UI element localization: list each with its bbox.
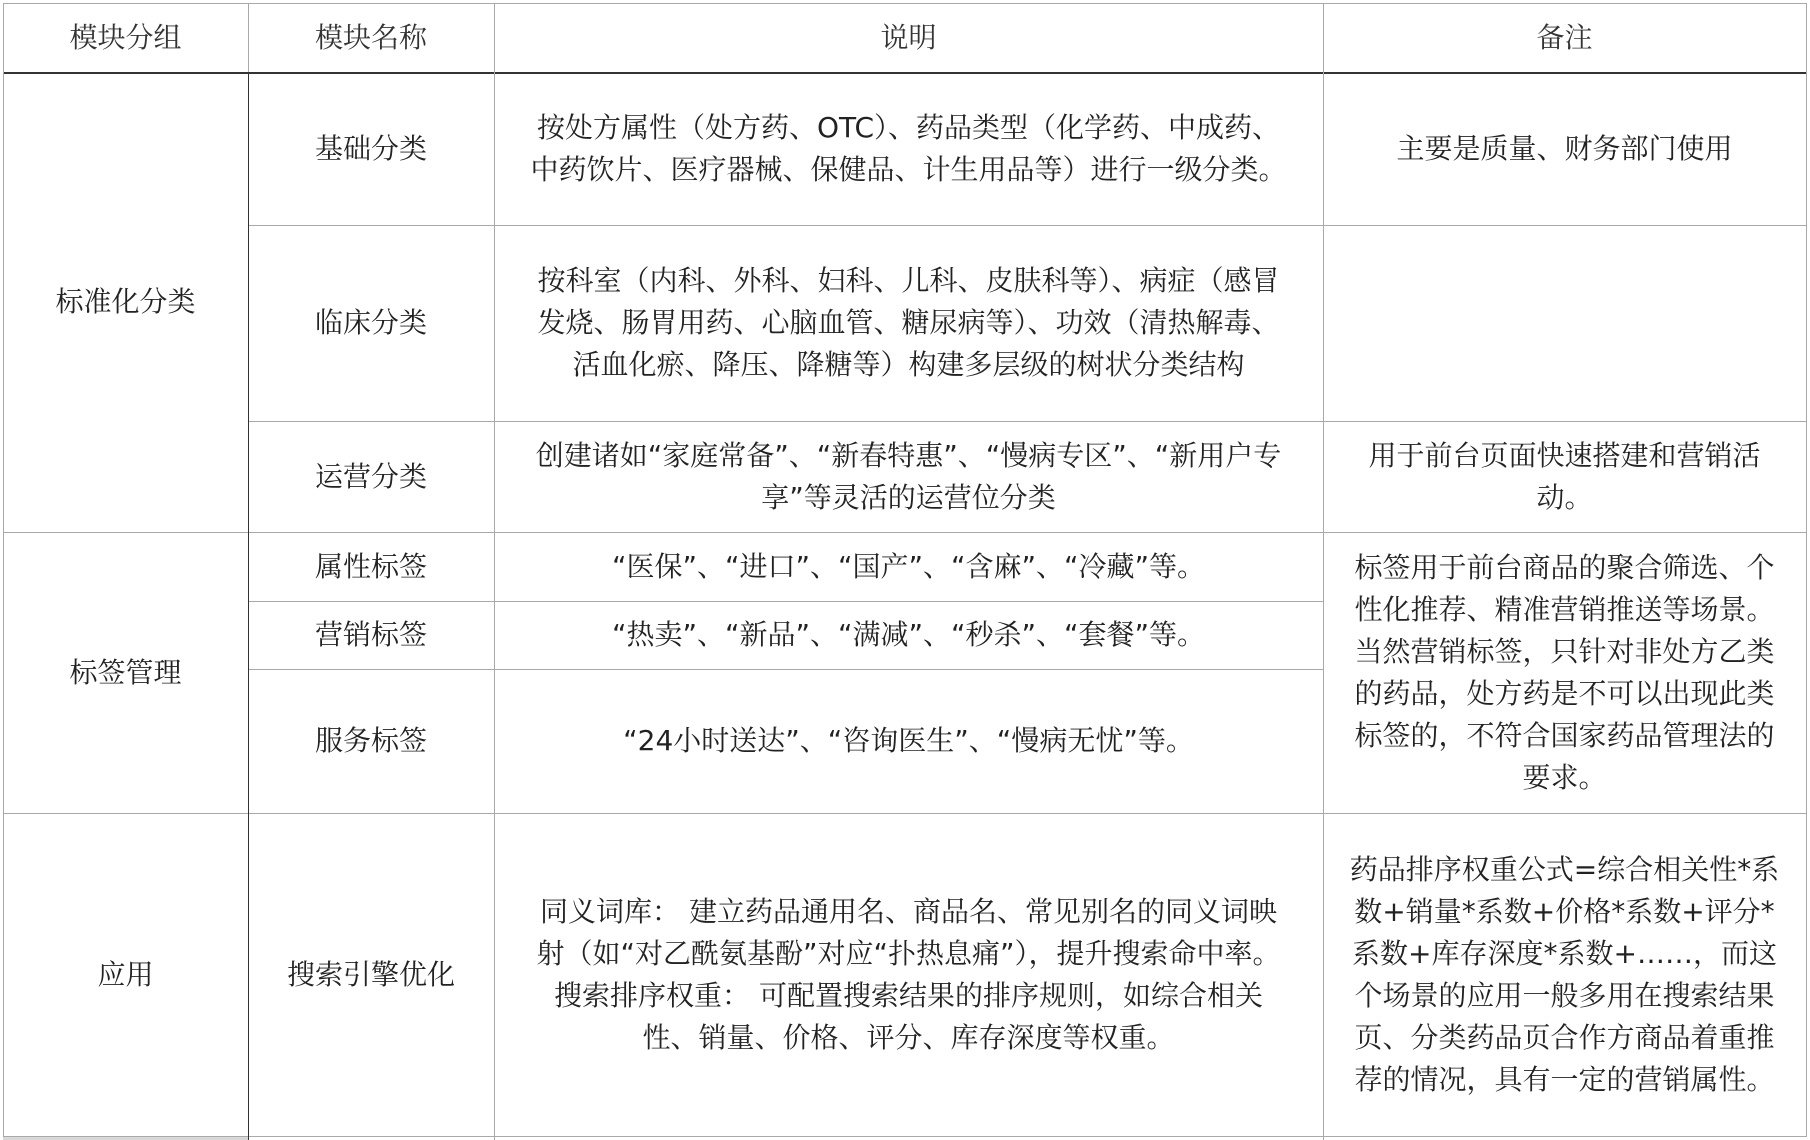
- header-module-group: 模块分组: [3, 3, 248, 72]
- row-desc-search-optimization: 同义词库： 建立药品通用名、商品名、常见别名的同义词映射（如“对乙酰氨基酚”对应…: [494, 813, 1323, 1136]
- row-desc-service-tag: “24小时送达”、“咨询医生”、“慢病无忧”等。: [494, 669, 1323, 813]
- group-divider: [3, 532, 1806, 533]
- table-border-left: [3, 3, 4, 1137]
- group-application: 应用: [3, 813, 248, 1136]
- row-name-basic-classification: 基础分类: [248, 72, 494, 225]
- row-name-search-optimization: 搜索引擎优化: [248, 813, 494, 1136]
- row-remark-clinical-classification: [1323, 225, 1806, 421]
- table-border-right: [1806, 3, 1807, 1137]
- row-divider: [248, 601, 1323, 602]
- column-divider-header-group: [248, 3, 249, 72]
- group-tag-management: 标签管理: [3, 532, 248, 813]
- header-description: 说明: [494, 3, 1323, 72]
- row-divider: [248, 421, 1806, 422]
- row-desc-attribute-tag: “医保”、“进口”、“国产”、“含麻”、“冷藏”等。: [494, 532, 1323, 601]
- group-standard-classification: 标准化分类: [3, 72, 248, 532]
- row-name-operation-classification: 运营分类: [248, 421, 494, 532]
- row-name-service-tag: 服务标签: [248, 669, 494, 813]
- table-border-top: [3, 3, 1806, 4]
- table-border-bottom: [3, 1136, 1806, 1137]
- column-divider-group: [248, 72, 249, 1140]
- row-desc-marketing-tag: “热卖”、“新品”、“满减”、“秒杀”、“套餐”等。: [494, 601, 1323, 669]
- header-module-name: 模块名称: [248, 3, 494, 72]
- header-divider: [3, 72, 1806, 74]
- tag-management-remark: 标签用于前台商品的聚合筛选、个性化推荐、精准营销推送等场景。当然营销标签，只针对…: [1323, 532, 1806, 813]
- row-remark-search-optimization: 药品排序权重公式=综合相关性*系数+销量*系数+价格*系数+评分*系数+库存深度…: [1323, 813, 1806, 1136]
- header-remark: 备注: [1323, 3, 1806, 72]
- group-divider: [3, 813, 1806, 814]
- row-name-clinical-classification: 临床分类: [248, 225, 494, 421]
- column-divider-name: [494, 3, 495, 1140]
- row-name-attribute-tag: 属性标签: [248, 532, 494, 601]
- row-divider: [248, 225, 1806, 226]
- column-divider-description: [1323, 3, 1324, 1140]
- row-desc-basic-classification: 按处方属性（处方药、OTC）、药品类型（化学药、中成药、中药饮片、医疗器械、保健…: [494, 72, 1323, 225]
- row-remark-basic-classification: 主要是质量、财务部门使用: [1323, 72, 1806, 225]
- row-desc-clinical-classification: 按科室（内科、外科、妇科、儿科、皮肤科等）、病症（感冒发烧、肠胃用药、心脑血管、…: [494, 225, 1323, 421]
- row-desc-operation-classification: 创建诸如“家庭常备”、“新春特惠”、“慢病专区”、“新用户专享”等灵活的运营位分…: [494, 421, 1323, 532]
- row-remark-operation-classification: 用于前台页面快速搭建和营销活动。: [1323, 421, 1806, 532]
- row-divider: [248, 669, 1323, 670]
- row-name-marketing-tag: 营销标签: [248, 601, 494, 669]
